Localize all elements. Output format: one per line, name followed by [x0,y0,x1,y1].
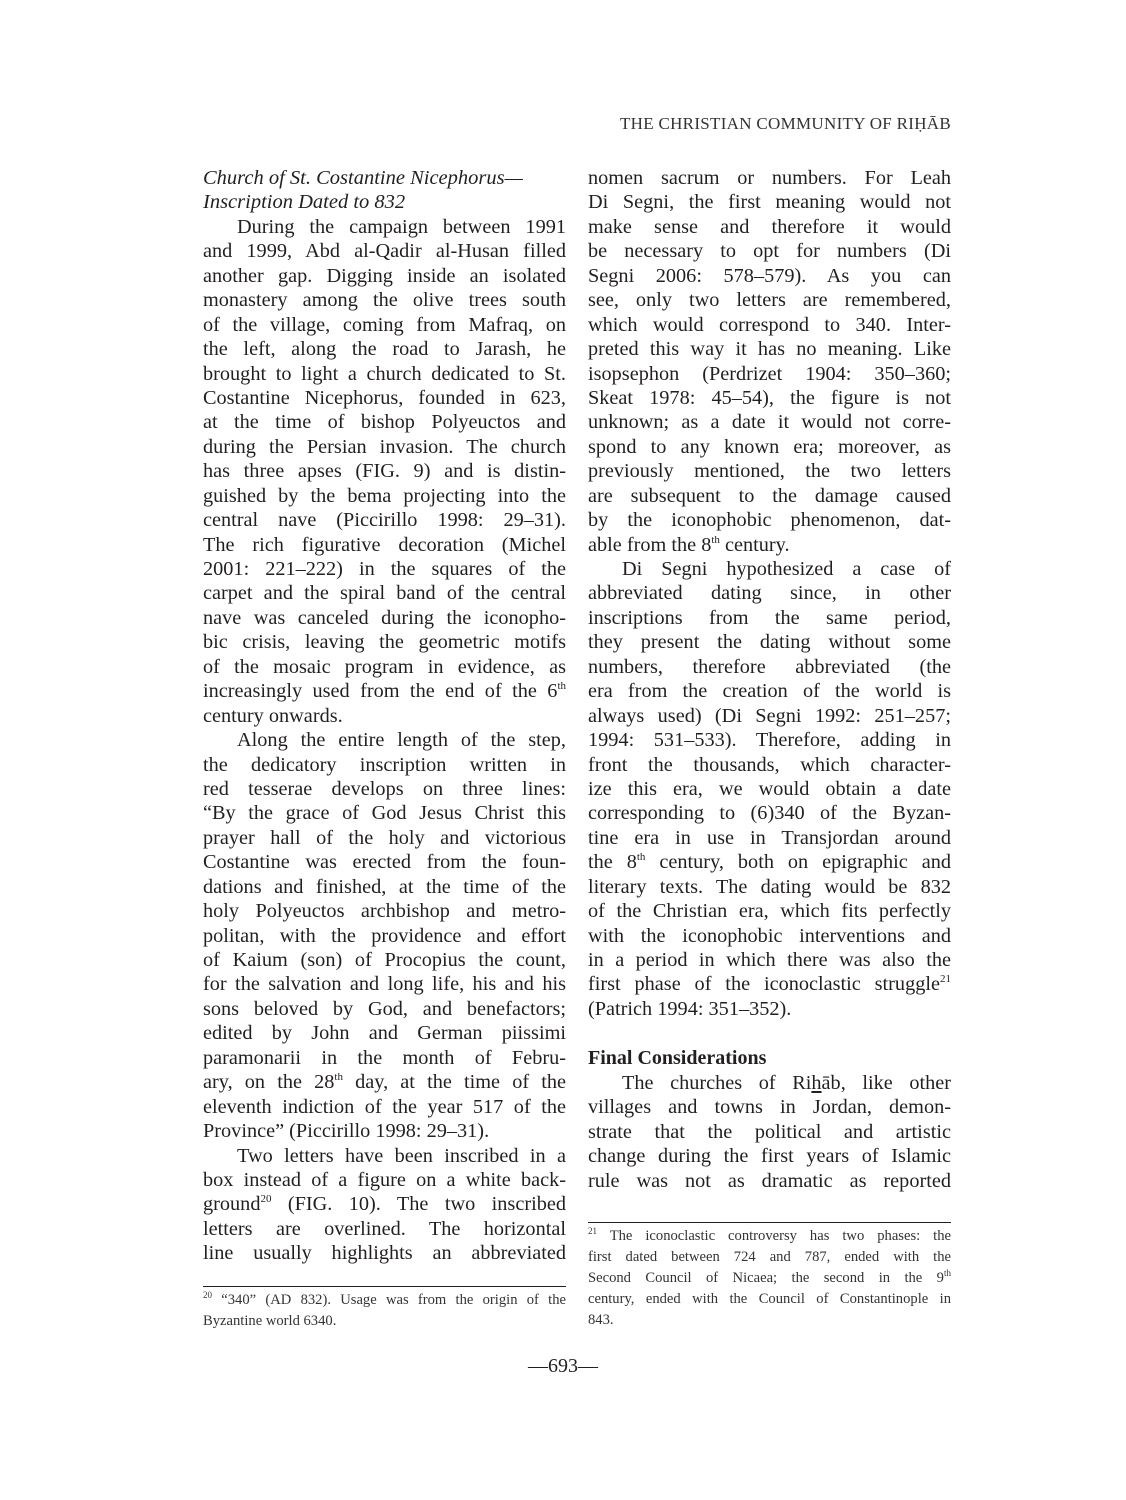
text-line: century onwards. [203,704,566,728]
paragraph-final: The churches of Rihāb, like other villag… [588,1071,951,1193]
text-line: literary texts. The dating would be 832 [588,875,951,899]
footnote-line: century, ended with the Council of Const… [588,1289,951,1310]
text-line: unknown; as a date it would not corre- [588,410,951,434]
paragraph-di-segni: Di Segni hypothesized a case of abbrevia… [588,557,951,1021]
text-line: preted this way it has no meaning. Like [588,337,951,361]
paragraph-continued: nomen sacrum or numbers. For Leah Di Seg… [588,166,951,557]
text-line: change during the first years of Islamic [588,1144,951,1168]
text-line: line usually highlights an abbreviated [203,1241,566,1265]
text-line: of the village, coming from Mafraq, on [203,313,566,337]
text-line: holy Polyeuctos archbishop and metro- [203,899,566,923]
footnote-line: Byzantine world 6340. [203,1311,566,1332]
text-line: ary, on the 28th day, at the time of the [203,1070,566,1094]
text-line: during the Persian invasion. The church [203,435,566,459]
text-line: the dedicatory inscription written in [203,753,566,777]
text-line: Segni 2006: 578–579). As you can [588,264,951,288]
text-line: abbreviated dating since, in other [588,581,951,605]
text-line: nave was canceled during the iconopho- [203,606,566,630]
text-line: The rich figurative decoration (Michel [203,533,566,557]
right-column: nomen sacrum or numbers. For Leah Di Seg… [588,166,951,1193]
text-line: ize this era, we would obtain a date [588,777,951,801]
text-line: ground20 (FIG. 10). The two inscribed [203,1192,566,1216]
text-line: monastery among the olive trees south [203,288,566,312]
section-heading: Church of St. Costantine Nicephorus— [203,166,566,190]
text-line: villages and towns in Jordan, demon- [588,1095,951,1119]
text-line: for the salvation and long life, his and… [203,972,566,996]
text-line: prayer hall of the holy and victorious [203,826,566,850]
text-line: Costantine Nicephorus, founded in 623, [203,386,566,410]
text-line: able from the 8th century. [588,533,951,557]
text-line: at the time of bishop Polyeuctos and [203,410,566,434]
footnote-marker: 20 [203,1290,212,1300]
footnote-rule [588,1222,951,1223]
text-line: Di Segni, the first meaning would not [588,190,951,214]
text-line: Along the entire length of the step, [203,728,566,752]
text-line: isopsephon (Perdrizet 1904: 350–360; [588,362,951,386]
paragraph-3: Two letters have been inscribed in a box… [203,1144,566,1266]
text-line: previously mentioned, the two letters [588,459,951,483]
text-line: Costantine was erected from the foun- [203,850,566,874]
text-line: letters are overlined. The horizontal [203,1217,566,1241]
text-line: “By the grace of God Jesus Christ this [203,801,566,825]
section-heading-cont: Inscription Dated to 832 [203,190,566,214]
text-line: strate that the political and artistic [588,1120,951,1144]
text-line: with the iconophobic interventions and [588,924,951,948]
text-line: Skeat 1978: 45–54), the figure is not [588,386,951,410]
text-line: carpet and the spiral band of the centra… [203,581,566,605]
footnote-ref-21[interactable]: 21 [940,973,951,985]
left-column: Church of St. Costantine Nicephorus— Ins… [203,166,566,1266]
text-line: guished by the bema projecting into the [203,484,566,508]
underlined-letter: h [811,1072,821,1094]
text-line: paramonarii in the month of Febru- [203,1046,566,1070]
text-line: Province” (Piccirillo 1998: 29–31). [203,1119,566,1143]
text-line: in a period in which there was also the [588,948,951,972]
text-line: always used) (Di Segni 1992: 251–257; [588,704,951,728]
text-line: brought to light a church dedicated to S… [203,362,566,386]
text-line: tine era in use in Transjordan around [588,826,951,850]
page-number: —693— [0,1355,1126,1378]
footnote-line: 843. [588,1310,951,1331]
footnote-20: 20 “340” (AD 832). Usage was from the or… [203,1290,566,1332]
text-line: (Patrich 1994: 351–352). [588,997,951,1021]
footnote-marker: 21 [588,1226,597,1236]
text-line: Di Segni hypothesized a case of [588,557,951,581]
text-line: increasingly used from the end of the 6t… [203,679,566,703]
text-line: numbers, therefore abbreviated (the [588,655,951,679]
text-line: of the Christian era, which fits perfect… [588,899,951,923]
footnote-rule [203,1286,566,1287]
superscript: th [711,534,720,546]
text-line: by the iconophobic phenomenon, dat- [588,508,951,532]
text-line: eleventh indiction of the year 517 of th… [203,1095,566,1119]
text-line: another gap. Digging inside an isolated [203,264,566,288]
text-line: of Kaium (son) of Procopius the count, [203,948,566,972]
text-line: politan, with the providence and effort [203,924,566,948]
text-line: front the thousands, which character- [588,753,951,777]
text-line: see, only two letters are remembered, [588,288,951,312]
text-line: they present the dating without some [588,630,951,654]
section-heading-final: Final Considerations [588,1046,951,1070]
text-line: During the campaign between 1991 [203,215,566,239]
text-line: rule was not as dramatic as reported [588,1169,951,1193]
text-line: central nave (Piccirillo 1998: 29–31). [203,508,566,532]
text-line: sons beloved by God, and benefactors; [203,997,566,1021]
text-line: 2001: 221–222) in the squares of the [203,557,566,581]
text-line: bic crisis, leaving the geometric motifs [203,630,566,654]
text-line: Two letters have been inscribed in a [203,1144,566,1168]
text-line: inscriptions from the same period, [588,606,951,630]
paragraph-1: During the campaign between 1991 and 199… [203,215,566,728]
footnote-line: first dated between 724 and 787, ended w… [588,1247,951,1268]
footnote-21: 21 The iconoclastic controversy has two … [588,1226,951,1331]
footnote-ref-20[interactable]: 20 [260,1193,271,1205]
superscript: th [334,1071,343,1083]
text-line: corresponding to (6)340 of the Byzan- [588,801,951,825]
text-line: which would correspond to 340. Inter- [588,313,951,337]
text-line: edited by John and German piissimi [203,1021,566,1045]
running-head: THE CHRISTIAN COMMUNITY OF RIḤĀB [620,114,951,134]
text-line: 1994: 531–533). Therefore, adding in [588,728,951,752]
text-line: be necessary to opt for numbers (Di [588,239,951,263]
text-line: era from the creation of the world is [588,679,951,703]
text-line: are subsequent to the damage caused [588,484,951,508]
footnote-line: Second Council of Nicaea; the second in … [588,1268,951,1289]
text-line: make sense and therefore it would [588,215,951,239]
text-line: the 8th century, both on epigraphic and [588,850,951,874]
text-line: first phase of the iconoclastic struggle… [588,972,951,996]
paragraph-2: Along the entire length of the step, the… [203,728,566,1143]
text-line: has three apses (FIG. 9) and is distin- [203,459,566,483]
text-line: dations and finished, at the time of the [203,875,566,899]
footnote-line: 20 “340” (AD 832). Usage was from the or… [203,1290,566,1311]
text-line: spond to any known era; moreover, as [588,435,951,459]
text-line: and 1999, Abd al-Qadir al-Husan filled [203,239,566,263]
footnote-line: 21 The iconoclastic controversy has two … [588,1226,951,1247]
superscript: th [557,680,566,692]
text-line: red tesserae develops on three lines: [203,777,566,801]
text-line: box instead of a figure on a white back- [203,1168,566,1192]
text-line: The churches of Rihāb, like other [588,1071,951,1095]
text-line: nomen sacrum or numbers. For Leah [588,166,951,190]
text-line: the left, along the road to Jarash, he [203,337,566,361]
text-line: of the mosaic program in evidence, as [203,655,566,679]
